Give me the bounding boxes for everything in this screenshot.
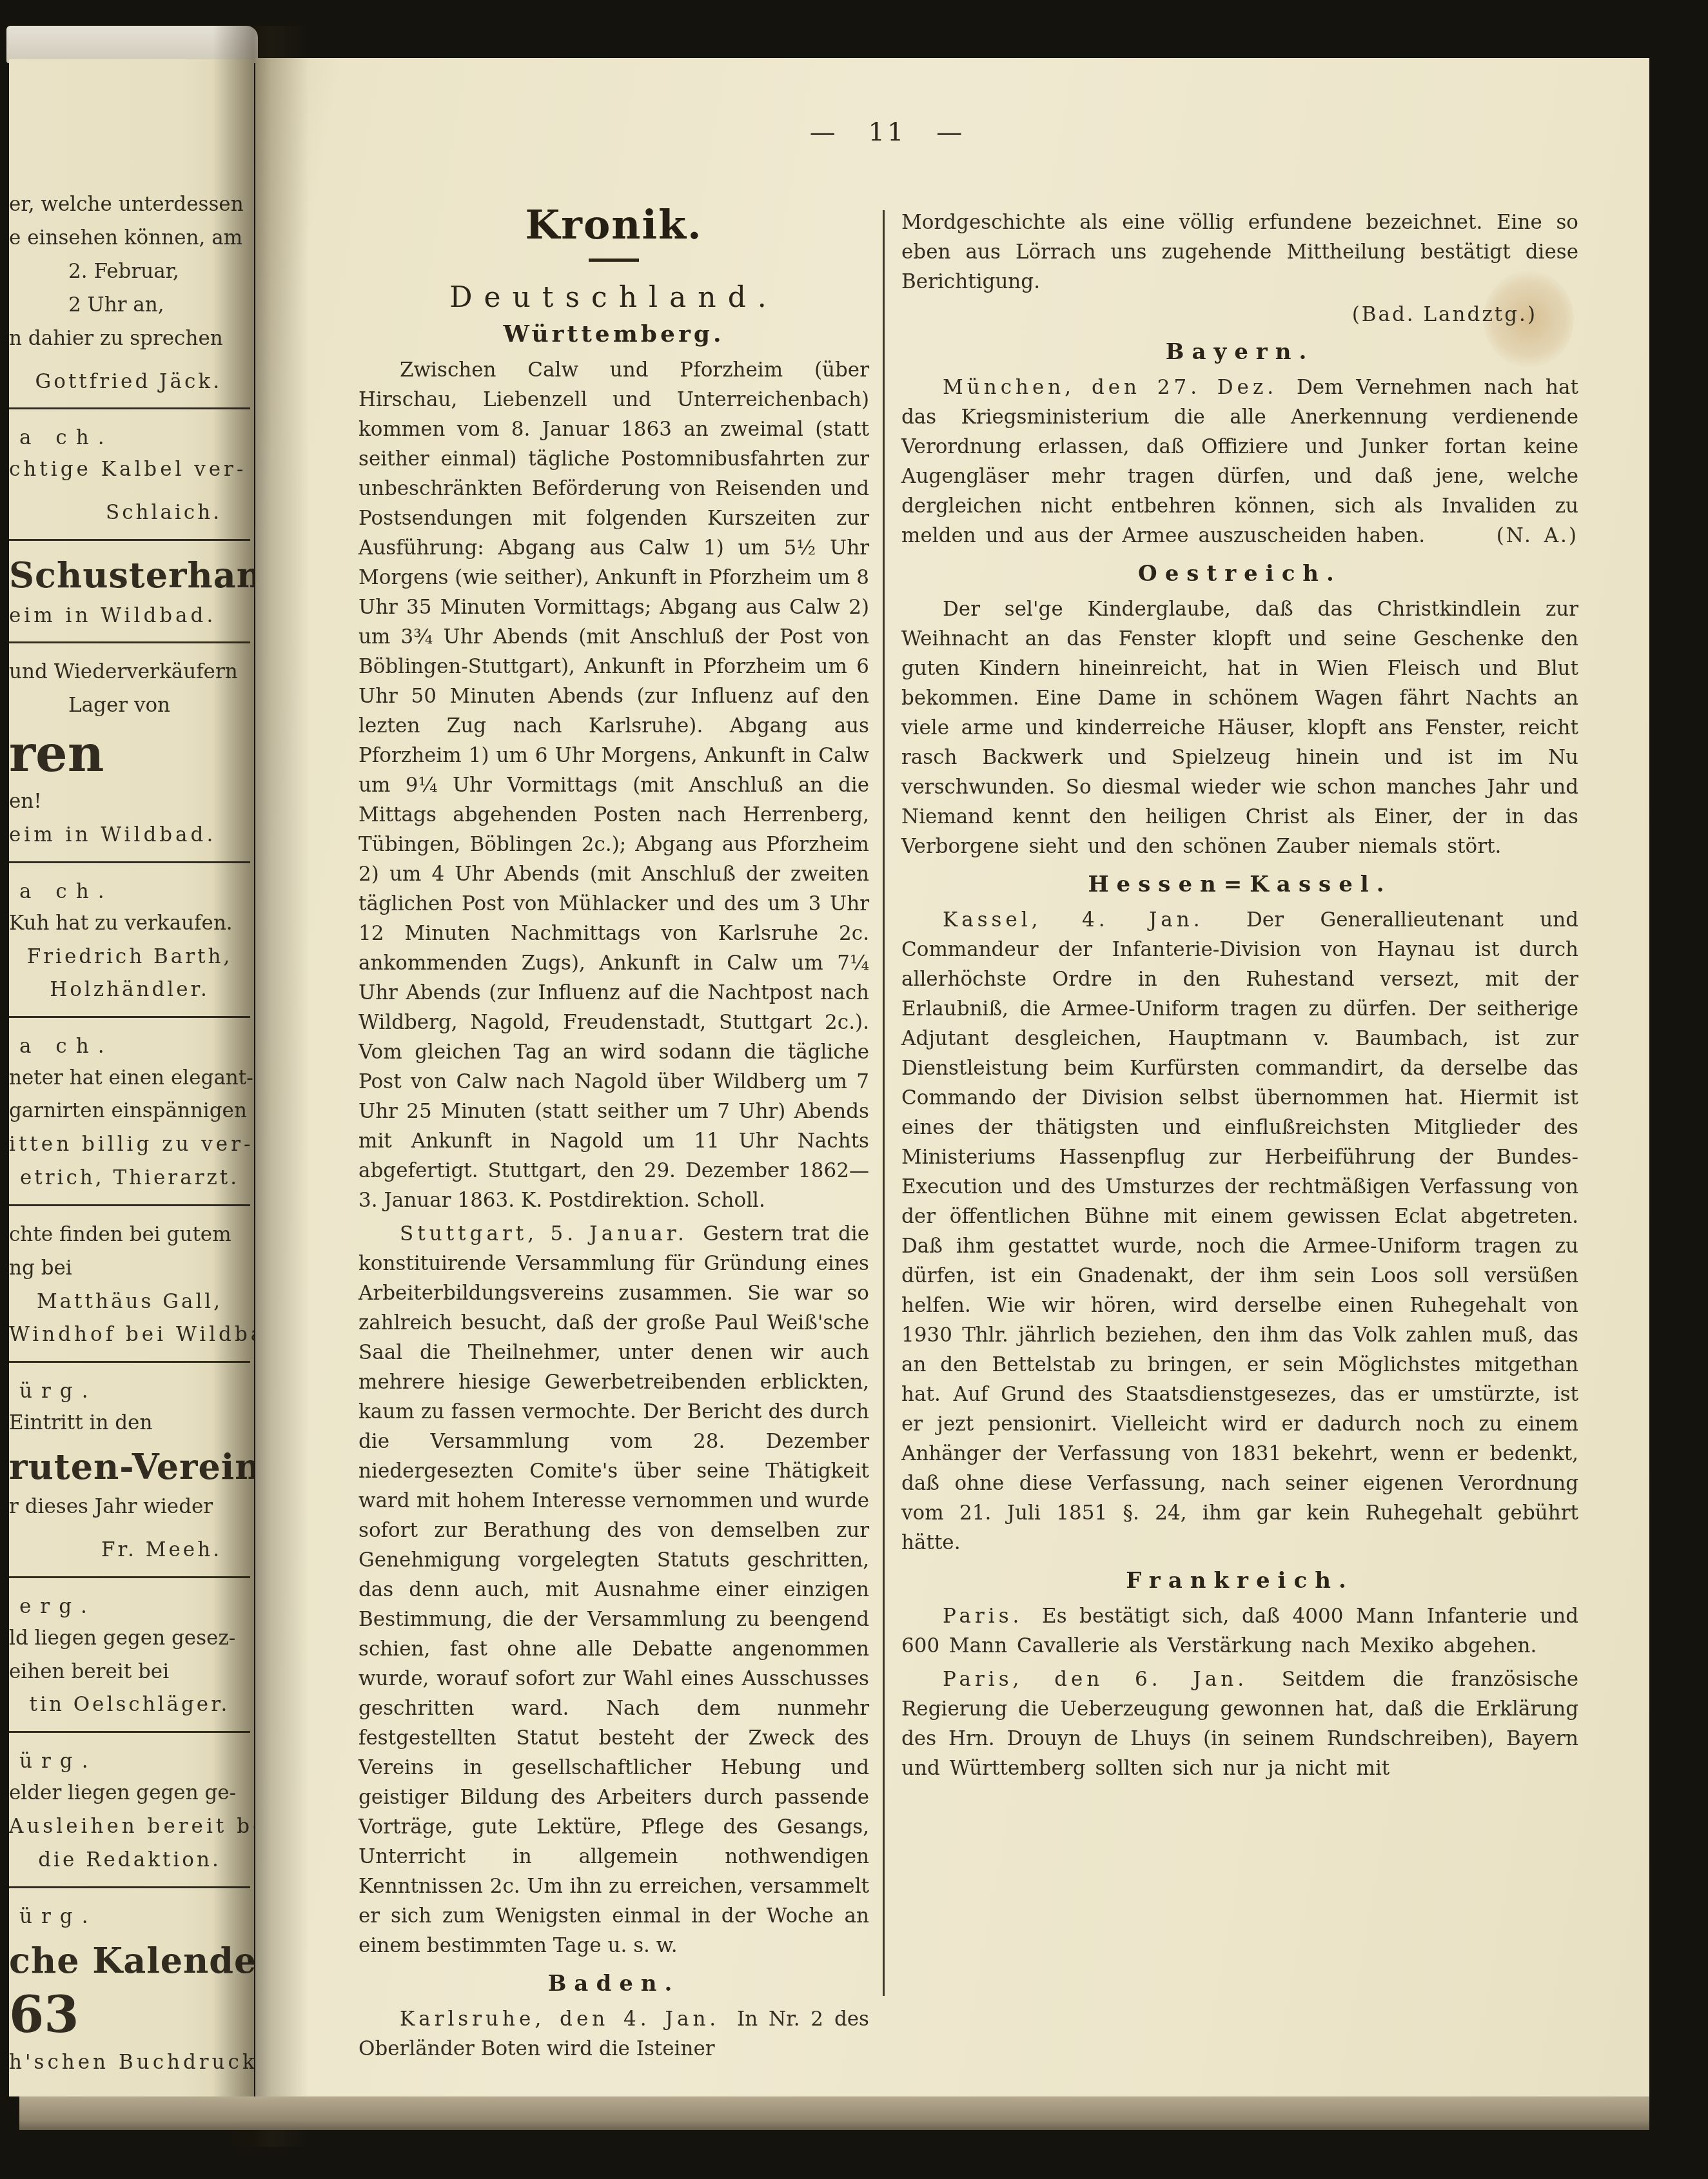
right-page: — 11 — Kronik. Deutschland. Württemberg.… — [255, 58, 1649, 2103]
left-page-fragment: eim in Wildbad. — [9, 603, 250, 629]
heading-wuerttemberg: Württemberg. — [358, 320, 869, 347]
left-page-fragment: en! — [9, 788, 250, 815]
left-page-fragment: chtige Kalbel ver- — [9, 456, 250, 483]
left-page-fragment: Holzhändler. — [9, 977, 250, 1003]
left-page-fragment: Matthäus Gall, — [9, 1289, 250, 1315]
left-page-fragment: Friedrich Barth, — [9, 944, 250, 970]
left-page-fragments: er, welche unterdessene einsehen können,… — [9, 59, 254, 2076]
paris-paragraph-1: Paris. Es bestätigt sich, daß 4000 Mann … — [901, 1601, 1578, 1661]
kassel-paragraph: Kassel, 4. Jan. Der Generallieutenant un… — [901, 905, 1578, 1558]
post-schedule-paragraph: Zwischen Calw und Pforzheim (über Hirsch… — [358, 355, 869, 1215]
left-page-fragment: ld liegen gegen gesez- — [9, 1625, 250, 1652]
heading-bayern: Bayern. — [901, 339, 1578, 365]
separator-rule — [9, 539, 250, 541]
left-page-fragment: eihen bereit bei — [9, 1659, 250, 1685]
left-page-fragment: Fr. Meeh. — [9, 1537, 250, 1563]
left-page-fragment: die Redaktion. — [9, 1847, 250, 1873]
left-page-fragment: 2 Uhr an, — [9, 292, 250, 318]
left-page-fragment: a ch. — [9, 1033, 250, 1060]
left-page-fragment: 2. Februar, — [9, 259, 250, 285]
page-number: — 11 — — [810, 117, 965, 147]
separator-rule — [9, 1204, 250, 1206]
dateline-muenchen: München, den 27. Dez. — [943, 376, 1277, 399]
left-page-fragment: und Wiederverkäufern — [9, 659, 250, 685]
left-page-fragment: Windhof bei Wildbad. — [9, 1322, 250, 1348]
source-n-a: (N. A.) — [1455, 521, 1578, 551]
separator-rule — [9, 1576, 250, 1578]
heading-hessen-kassel: Hessen=Kassel. — [901, 872, 1578, 897]
separator-rule — [9, 861, 250, 863]
left-page-fragment: r dieses Jahr wieder — [9, 1494, 250, 1520]
paris-paragraph-2: Paris, den 6. Jan. Seitdem die französis… — [901, 1665, 1578, 1783]
left-page-fragment: Lager von — [9, 692, 250, 719]
heading-oestreich: Oestreich. — [901, 561, 1578, 587]
left-page-fragment: er, welche unterdessen — [9, 191, 250, 218]
heading-baden: Baden. — [358, 1971, 869, 1997]
column-divider-rule — [883, 210, 885, 1996]
heading-frankreich: Frankreich. — [901, 1568, 1578, 1594]
dateline-kassel: Kassel, 4. Jan. — [943, 908, 1204, 932]
left-page-fragment: Ausleihen bereit bei — [9, 1813, 250, 1840]
left-page-fragment: ruten-Verein — [9, 1448, 250, 1486]
left-page-fragment: Kuh hat zu verkaufen. — [9, 910, 250, 937]
left-page-fragment: 63 — [9, 1989, 250, 2042]
left-page-fragment: garnirten einspännigen — [9, 1098, 250, 1124]
heading-deutschland: Deutschland. — [358, 281, 869, 314]
stuttgart-paragraph: Stuttgart, 5. Januar. Gestern trat die k… — [358, 1219, 869, 1960]
muenchen-paragraph: München, den 27. Dez. Dem Vernehmen nach… — [901, 373, 1578, 551]
left-page-fragment: itten billig zu ver- — [9, 1131, 250, 1158]
left-page-fragment: elder liegen gegen ge- — [9, 1780, 250, 1806]
left-page-fragment: n dahier zu sprechen — [9, 326, 250, 352]
dateline-stuttgart: Stuttgart, 5. Januar. — [400, 1222, 688, 1246]
left-page-fragment: ren — [9, 728, 250, 781]
left-page-fragment: ürg. — [9, 1748, 250, 1775]
left-page-fragment: Schusterhanf — [9, 556, 250, 594]
left-page-fragment: eim in Wildbad. — [9, 822, 250, 848]
dateline-karlsruhe: Karlsruhe, den 4. Jan. — [400, 2008, 720, 2031]
left-page-fragment: Gottfried Jäck. — [9, 369, 250, 395]
newspaper-book-scan: er, welche unterdessene einsehen können,… — [0, 0, 1708, 2179]
left-page-fragment: che Kalender — [9, 1942, 250, 1980]
left-page-fragment: erg. — [9, 1594, 250, 1620]
left-page-fragment: a ch. — [9, 425, 250, 451]
left-page-fragment: Eintritt in den — [9, 1410, 250, 1436]
left-page-fragment: Schlaich. — [9, 500, 250, 526]
left-page-fragment: ürg. — [9, 1904, 250, 1930]
left-page-fragment: e einsehen können, am — [9, 225, 250, 251]
left-page-fragment: ng bei — [9, 1255, 250, 1282]
source-bad-landztg: (Bad. Landztg.) — [901, 300, 1578, 329]
column-right: Mordgeschichte als eine völlig erfundene… — [901, 208, 1578, 1787]
dateline-paris-1: Paris. — [943, 1605, 1023, 1628]
separator-rule — [9, 407, 250, 409]
left-page-fragment: tin Oelschläger. — [9, 1692, 250, 1718]
stuttgart-paragraph-text: Gestern trat die konstituirende Versamml… — [358, 1222, 869, 1957]
left-page-fragment: h'schen Buchdruckerei. — [9, 2049, 250, 2076]
kassel-paragraph-text: Der Generallieutenant und Commandeur der… — [901, 908, 1578, 1554]
kronik-title: Kronik. — [358, 201, 869, 248]
title-rule — [589, 259, 639, 262]
column-left: Kronik. Deutschland. Württemberg. Zwisch… — [358, 201, 869, 2067]
separator-rule — [9, 641, 250, 643]
oestreich-paragraph: Der sel'ge Kinderglaube, daß das Christk… — [901, 594, 1578, 861]
left-page-fragment: ürg. — [9, 1378, 250, 1405]
karlsruhe-paragraph: Karlsruhe, den 4. Jan. In Nr. 2 des Ober… — [358, 2004, 869, 2064]
separator-rule — [9, 1016, 250, 1018]
separator-rule — [9, 1361, 250, 1363]
left-page-partial: er, welche unterdessene einsehen können,… — [9, 59, 254, 2096]
left-page-fragment: neter hat einen elegant- — [9, 1065, 250, 1091]
left-page-fragment: etrich, Thierarzt. — [9, 1165, 250, 1191]
separator-rule — [9, 1731, 250, 1733]
dateline-paris-2: Paris, den 6. Jan. — [943, 1668, 1248, 1691]
continuation-paragraph: Mordgeschichte als eine völlig erfundene… — [901, 208, 1578, 297]
left-page-curled-top-edge — [6, 26, 258, 63]
separator-rule — [9, 1886, 250, 1888]
left-page-fragment: a ch. — [9, 879, 250, 905]
left-page-fragment: chte finden bei gutem — [9, 1222, 250, 1248]
book-bottom-page-edges — [19, 2096, 1649, 2130]
